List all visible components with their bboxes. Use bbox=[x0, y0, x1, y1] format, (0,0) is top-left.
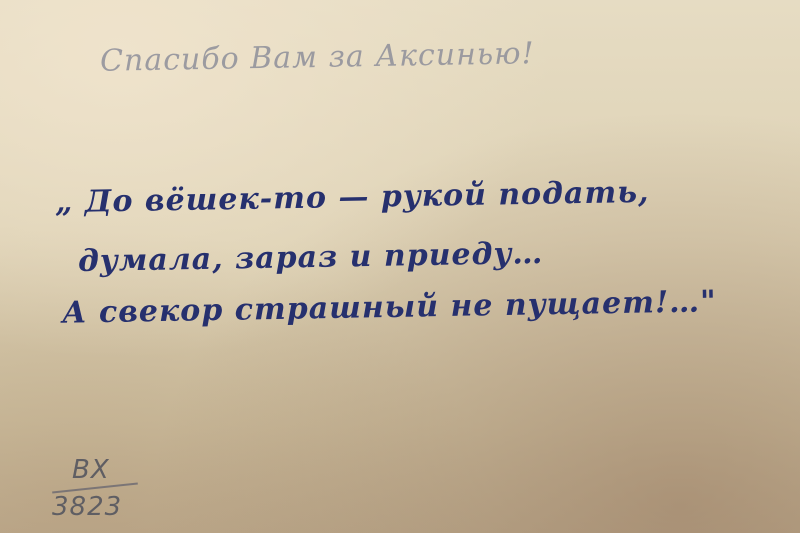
archive-number: 3823 bbox=[52, 492, 122, 522]
archive-code: ВХ bbox=[72, 455, 110, 485]
